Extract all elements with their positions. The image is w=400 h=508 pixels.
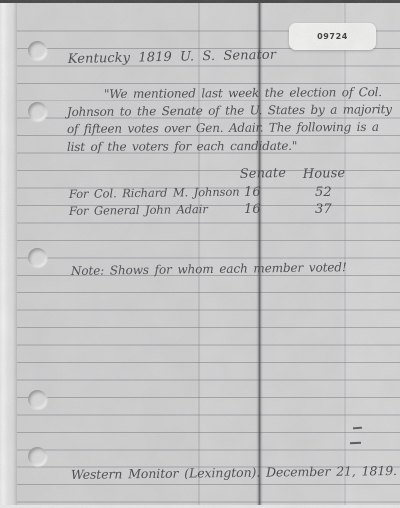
- punch-hole: [28, 390, 47, 409]
- faint-fold-line-left: [198, 0, 200, 508]
- scanned-notebook-page: 09724 Kentucky 1819 U. S. Senator "We me…: [0, 0, 400, 508]
- scan-top-edge: [0, 0, 400, 3]
- table-header-house: House: [303, 166, 346, 182]
- paragraph-line: "We mentioned last week the election of …: [104, 85, 382, 101]
- table-row-senate-votes: 16: [244, 185, 261, 200]
- table-row-house-votes: 37: [315, 202, 332, 217]
- punch-hole: [28, 248, 47, 267]
- vertical-fold-crease: [256, 0, 263, 508]
- faint-fold-line-right: [344, 0, 346, 508]
- punch-hole: [28, 447, 47, 466]
- table-row-candidate: For Col. Richard M. Johnson: [69, 184, 240, 200]
- paragraph-line: of fifteen votes over Gen. Adair. The fo…: [67, 120, 379, 136]
- paragraph-line: list of the voters for each candidate.": [67, 138, 297, 153]
- table-row-senate-votes: 16: [244, 202, 261, 217]
- paragraph-line: Johnson to the Senate of the U. States b…: [67, 102, 392, 119]
- table-header-senate: Senate: [240, 166, 287, 182]
- archive-number: 09724: [317, 32, 348, 41]
- pen-dash: [353, 426, 362, 428]
- table-row-candidate: For General John Adair: [69, 202, 208, 218]
- punch-hole: [28, 102, 47, 121]
- archive-number-sticker: 09724: [289, 23, 376, 50]
- punch-hole: [28, 41, 47, 60]
- paper-left-edge: [0, 0, 17, 508]
- table-row-house-votes: 52: [315, 185, 332, 200]
